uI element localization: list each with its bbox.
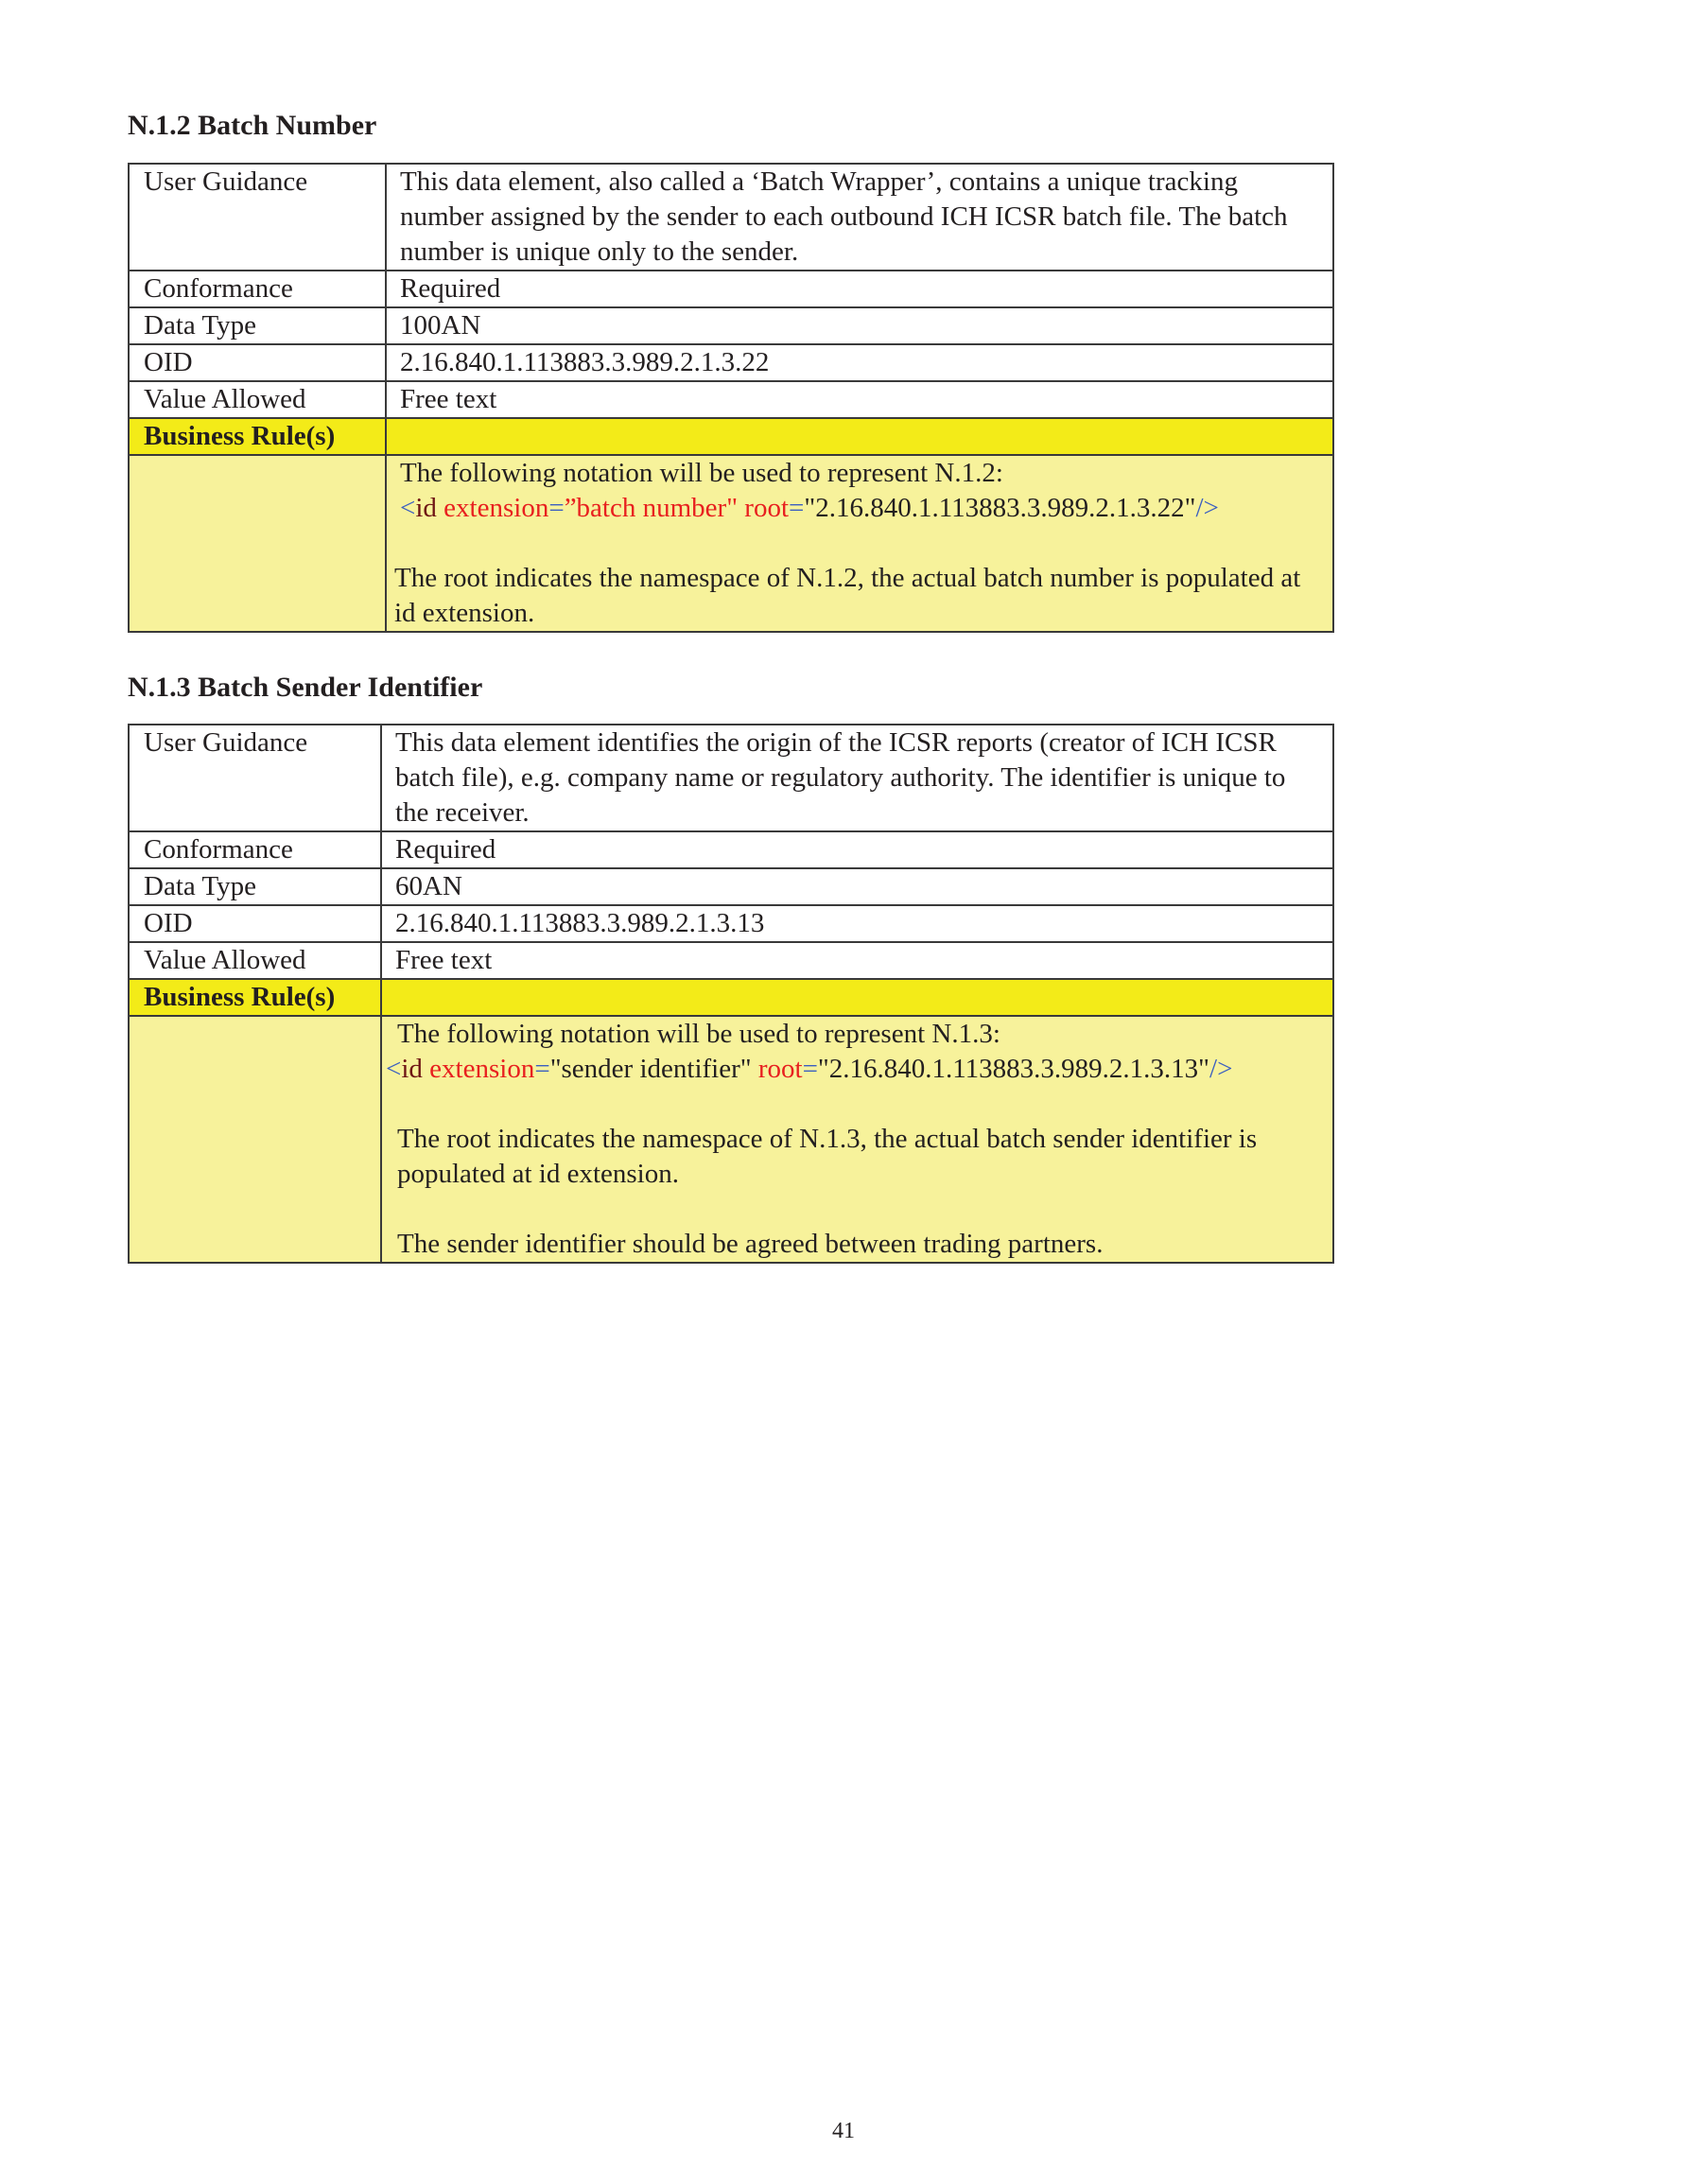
table-row-business-rules-body: The following notation will be used to r…	[129, 1016, 1333, 1263]
label-oid: OID	[129, 905, 381, 942]
value-oid: 2.16.840.1.113883.3.989.2.1.3.22	[386, 344, 1333, 381]
label-data-type: Data Type	[129, 868, 381, 905]
business-rules-intro: The following notation will be used to r…	[394, 456, 1319, 491]
table-row-value-allowed: Value Allowed Free text	[129, 381, 1333, 418]
label-oid: OID	[129, 344, 386, 381]
value-user-guidance: This data element, also called a ‘Batch …	[386, 164, 1333, 271]
table-row-data-type: Data Type 100AN	[129, 307, 1333, 344]
business-rules-paragraph: The root indicates the namespace of N.1.…	[386, 1122, 1319, 1192]
label-value-allowed: Value Allowed	[129, 381, 386, 418]
label-conformance: Conformance	[129, 831, 381, 868]
business-rules-empty-cell	[129, 1016, 381, 1263]
table-row-business-rules-header: Business Rule(s)	[129, 979, 1333, 1016]
business-rules-empty-cell	[129, 455, 386, 632]
table-row-value-allowed: Value Allowed Free text	[129, 942, 1333, 979]
value-value-allowed: Free text	[386, 381, 1333, 418]
batch-number-table: User Guidance This data element, also ca…	[128, 163, 1334, 633]
business-rules-header-empty	[381, 979, 1333, 1016]
label-business-rules: Business Rule(s)	[129, 418, 386, 455]
label-user-guidance: User Guidance	[129, 725, 381, 831]
label-data-type: Data Type	[129, 307, 386, 344]
table-row-conformance: Conformance Required	[129, 831, 1333, 868]
business-rules-content: The following notation will be used to r…	[386, 455, 1333, 632]
label-conformance: Conformance	[129, 271, 386, 307]
business-rules-paragraph: The sender identifier should be agreed b…	[386, 1227, 1319, 1262]
table-row-data-type: Data Type 60AN	[129, 868, 1333, 905]
batch-sender-identifier-table: User Guidance This data element identifi…	[128, 724, 1334, 1264]
value-data-type: 100AN	[386, 307, 1333, 344]
value-user-guidance: This data element identifies the origin …	[381, 725, 1333, 831]
table-row-user-guidance: User Guidance This data element, also ca…	[129, 164, 1333, 271]
label-user-guidance: User Guidance	[129, 164, 386, 271]
business-rules-content: The following notation will be used to r…	[381, 1016, 1333, 1263]
table-row-user-guidance: User Guidance This data element identifi…	[129, 725, 1333, 831]
business-rules-intro: The following notation will be used to r…	[386, 1017, 1319, 1052]
code-notation: <id extension="sender identifier" root="…	[386, 1052, 1319, 1087]
section-heading-batch-sender-identifier: N.1.3 Batch Sender Identifier	[128, 672, 482, 704]
table-row-business-rules-header: Business Rule(s)	[129, 418, 1333, 455]
label-value-allowed: Value Allowed	[129, 942, 381, 979]
value-data-type: 60AN	[381, 868, 1333, 905]
table-row-oid: OID 2.16.840.1.113883.3.989.2.1.3.13	[129, 905, 1333, 942]
label-business-rules: Business Rule(s)	[129, 979, 381, 1016]
value-oid: 2.16.840.1.113883.3.989.2.1.3.13	[381, 905, 1333, 942]
table-row-conformance: Conformance Required	[129, 271, 1333, 307]
section-heading-batch-number: N.1.2 Batch Number	[128, 110, 376, 142]
code-notation: <id extension=”batch number" root="2.16.…	[394, 491, 1319, 526]
page-number: 41	[0, 2119, 1687, 2144]
table-row-business-rules-body: The following notation will be used to r…	[129, 455, 1333, 632]
value-value-allowed: Free text	[381, 942, 1333, 979]
business-rules-paragraph: The root indicates the namespace of N.1.…	[394, 561, 1319, 631]
table-row-oid: OID 2.16.840.1.113883.3.989.2.1.3.22	[129, 344, 1333, 381]
business-rules-header-empty	[386, 418, 1333, 455]
value-conformance: Required	[386, 271, 1333, 307]
value-conformance: Required	[381, 831, 1333, 868]
